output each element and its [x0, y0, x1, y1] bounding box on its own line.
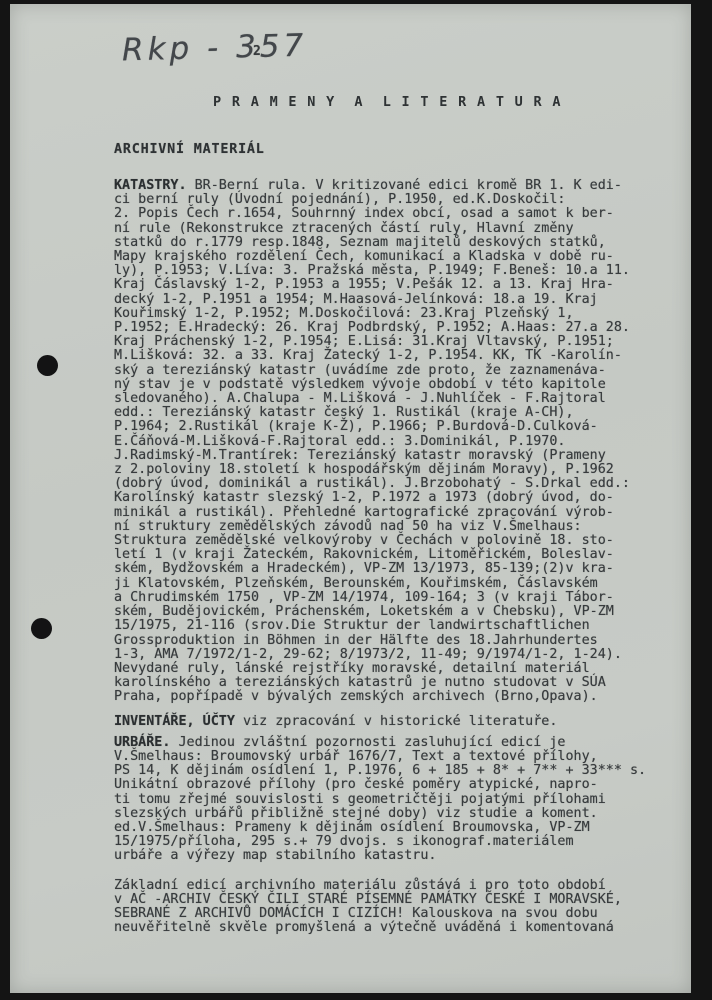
paragraph-katastry-body: BR-Berní rula. V kritizované edici kromě… [114, 178, 630, 704]
hole-punch-bottom [31, 618, 52, 639]
paragraph-zakladni-body: Základní edicí archivního materiálu zůst… [114, 878, 622, 936]
document-page: Rkp - 357 2 P R A M E N Y A L I T E R A … [10, 4, 691, 993]
paragraph-inventare: INVENTÁŘE, ÚČTY viz zpracování v histori… [114, 715, 692, 729]
scanned-document-frame: Rkp - 357 2 P R A M E N Y A L I T E R A … [0, 0, 712, 1000]
paragraph-inventare-lead: INVENTÁŘE, ÚČTY [114, 714, 235, 729]
paragraph-katastry-lead: KATASTRY. [114, 178, 187, 193]
section-heading-archivni-material: ARCHIVNÍ MATERIÁL [114, 142, 692, 157]
paragraph-inventare-body: viz zpracování v historické literatuře. [235, 714, 557, 729]
paragraph-urbare-lead: URBÁŘE. [114, 735, 170, 750]
paragraph-zakladni: Základní edicí archivního materiálu zůst… [114, 879, 692, 936]
paragraph-urbare: URBÁŘE. Jedinou zvláštní pozornosti zasl… [114, 736, 692, 864]
document-title: P R A M E N Y A L I T E R A T U R A [213, 94, 562, 110]
text-column: ARCHIVNÍ MATERIÁL KATASTRY. BR-Berní rul… [114, 142, 692, 935]
paragraph-katastry: KATASTRY. BR-Berní rula. V kritizované e… [114, 179, 692, 705]
hole-punch-top [37, 355, 58, 376]
page-number: 2 [253, 44, 261, 59]
handwritten-archive-mark: Rkp - 357 [122, 28, 308, 69]
paragraph-urbare-body: Jedinou zvláštní pozornosti zasluhující … [114, 735, 646, 864]
